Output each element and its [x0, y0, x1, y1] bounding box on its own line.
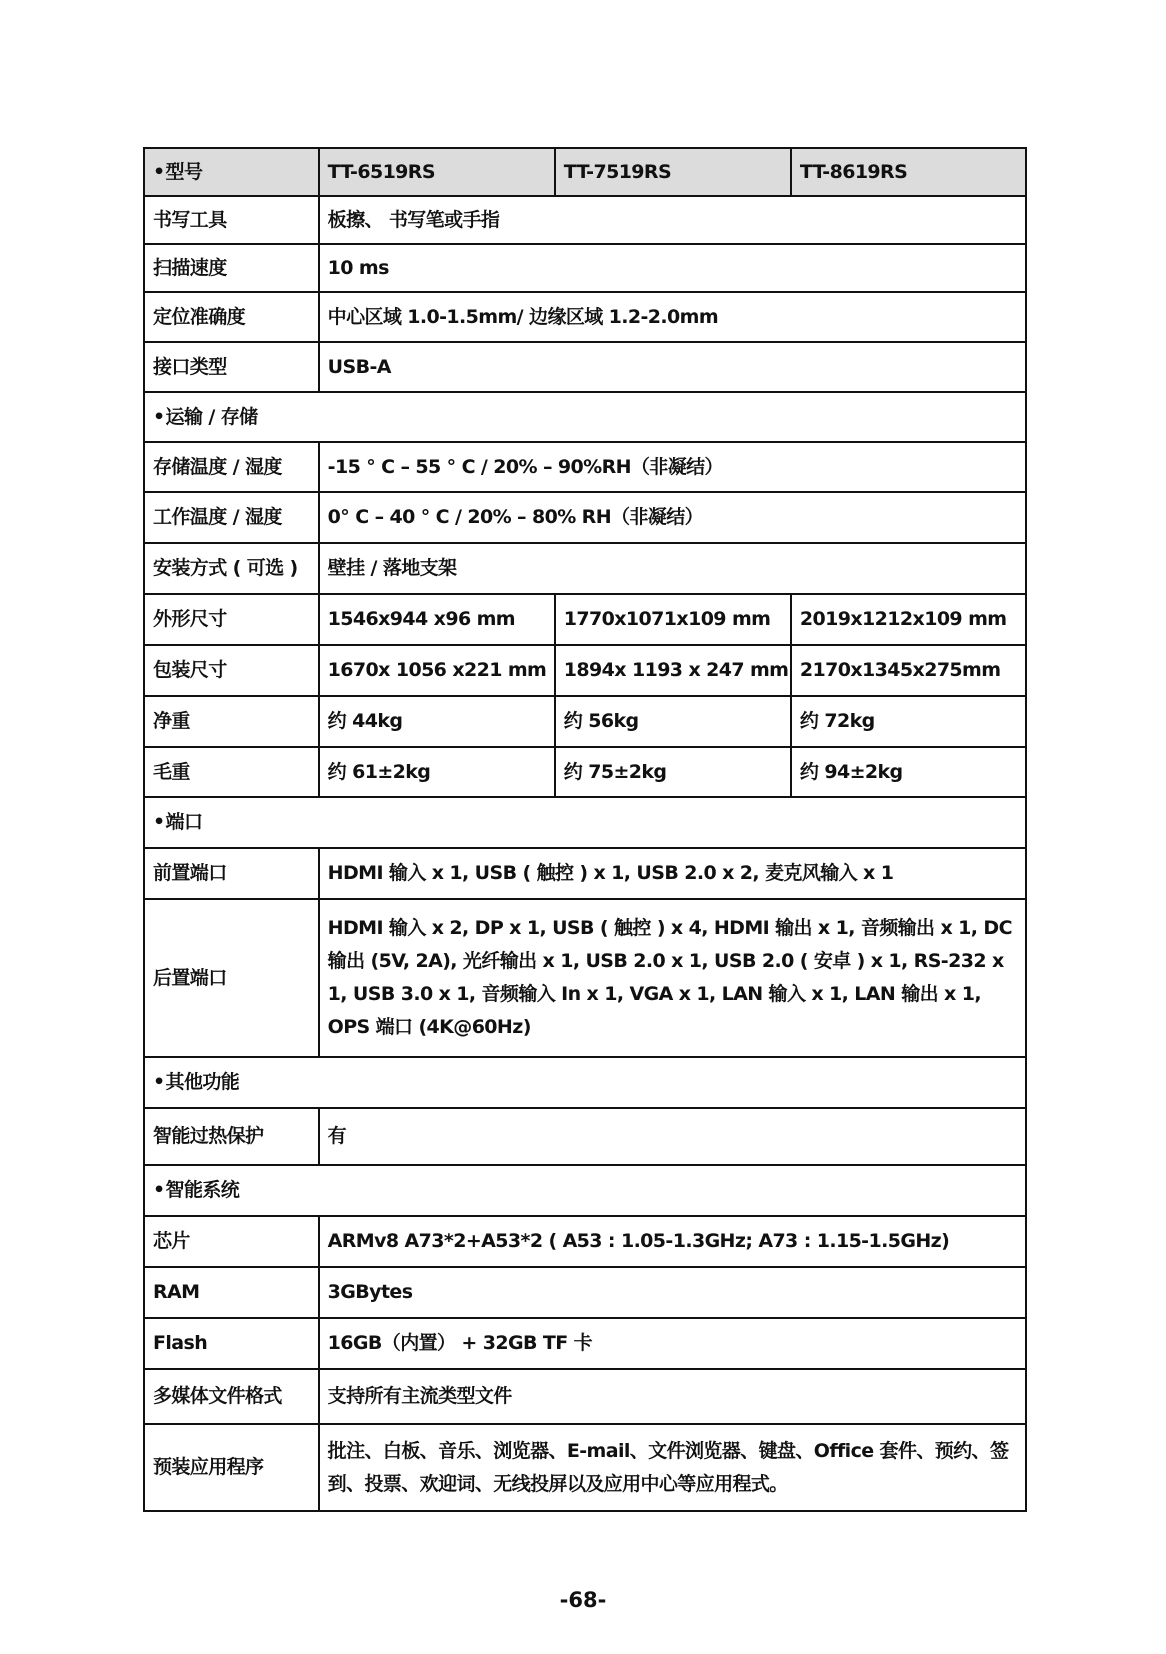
row-label: 净重: [144, 696, 319, 747]
table-row: 毛重 约 61±2kg 约 75±2kg 约 94±2kg: [144, 747, 1026, 797]
model-name: TT-6519RS: [319, 148, 555, 196]
table-row: 后置端口 HDMI 输入 x 2, DP x 1, USB ( 触控 ) x 4…: [144, 899, 1026, 1057]
row-value: 2019x1212x109 mm: [791, 594, 1026, 645]
row-label: 外形尺寸: [144, 594, 319, 645]
row-value: USB-A: [319, 342, 1026, 392]
row-label: 前置端口: [144, 848, 319, 899]
section-header-other: 其他功能: [144, 1057, 1026, 1108]
row-label: 安装方式 ( 可选 ): [144, 543, 319, 594]
section-header-ports: 端口: [144, 797, 1026, 848]
table-row: 安装方式 ( 可选 ) 壁挂 / 落地支架: [144, 543, 1026, 594]
row-label: 扫描速度: [144, 244, 319, 292]
table-row: 工作温度 / 湿度 0° C – 40 ° C / 20% – 80% RH（非…: [144, 492, 1026, 543]
row-value: 中心区域 1.0-1.5mm/ 边缘区域 1.2-2.0mm: [319, 292, 1026, 342]
row-label: 工作温度 / 湿度: [144, 492, 319, 543]
row-label: 后置端口: [144, 899, 319, 1057]
row-label: 智能过热保护: [144, 1108, 319, 1165]
row-label: 接口类型: [144, 342, 319, 392]
row-label: 定位准确度: [144, 292, 319, 342]
row-value: 1894x 1193 x 247 mm: [555, 645, 791, 696]
model-name: TT-7519RS: [555, 148, 791, 196]
section-header-transport: 运输 / 存储: [144, 392, 1026, 442]
table-row: 定位准确度 中心区域 1.0-1.5mm/ 边缘区域 1.2-2.0mm: [144, 292, 1026, 342]
row-value: 板擦、 书写笔或手指: [319, 196, 1026, 244]
table-row: 扫描速度 10 ms: [144, 244, 1026, 292]
table-row: 存储温度 / 湿度 -15 ° C – 55 ° C / 20% – 90%RH…: [144, 442, 1026, 492]
row-label: 芯片: [144, 1216, 319, 1267]
row-label: 包装尺寸: [144, 645, 319, 696]
row-value: 批注、白板、音乐、浏览器、E-mail、文件浏览器、键盘、Office 套件、预…: [319, 1424, 1026, 1511]
section-header-system: 智能系统: [144, 1165, 1026, 1216]
model-header-row: 型号 TT-6519RS TT-7519RS TT-8619RS: [144, 148, 1026, 196]
table-row: 接口类型 USB-A: [144, 342, 1026, 392]
row-value: 壁挂 / 落地支架: [319, 543, 1026, 594]
table-row: 预装应用程序 批注、白板、音乐、浏览器、E-mail、文件浏览器、键盘、Offi…: [144, 1424, 1026, 1511]
spec-table: 型号 TT-6519RS TT-7519RS TT-8619RS 书写工具 板擦…: [143, 147, 1027, 1512]
row-value: 1670x 1056 x221 mm: [319, 645, 555, 696]
row-value: ARMv8 A73*2+A53*2 ( A53 : 1.05-1.3GHz; A…: [319, 1216, 1026, 1267]
table-row: 智能过热保护 有: [144, 1108, 1026, 1165]
row-value: 约 94±2kg: [791, 747, 1026, 797]
table-row: 净重 约 44kg 约 56kg 约 72kg: [144, 696, 1026, 747]
row-value: HDMI 输入 x 1, USB ( 触控 ) x 1, USB 2.0 x 2…: [319, 848, 1026, 899]
table-row: 书写工具 板擦、 书写笔或手指: [144, 196, 1026, 244]
row-value: -15 ° C – 55 ° C / 20% – 90%RH（非凝结）: [319, 442, 1026, 492]
page-number: -68-: [0, 1588, 1166, 1612]
row-label: 预装应用程序: [144, 1424, 319, 1511]
row-label: 毛重: [144, 747, 319, 797]
row-value: 1546x944 x96 mm: [319, 594, 555, 645]
row-value: 约 72kg: [791, 696, 1026, 747]
row-value: HDMI 输入 x 2, DP x 1, USB ( 触控 ) x 4, HDM…: [319, 899, 1026, 1057]
row-value: 约 61±2kg: [319, 747, 555, 797]
row-value: 约 56kg: [555, 696, 791, 747]
row-value: 有: [319, 1108, 1026, 1165]
row-value: 3GBytes: [319, 1267, 1026, 1318]
row-value: 0° C – 40 ° C / 20% – 80% RH（非凝结）: [319, 492, 1026, 543]
table-row: 外形尺寸 1546x944 x96 mm 1770x1071x109 mm 20…: [144, 594, 1026, 645]
section-title: 其他功能: [144, 1057, 1026, 1108]
section-title: 端口: [144, 797, 1026, 848]
table-row: RAM 3GBytes: [144, 1267, 1026, 1318]
row-value: 1770x1071x109 mm: [555, 594, 791, 645]
table-row: 芯片 ARMv8 A73*2+A53*2 ( A53 : 1.05-1.3GHz…: [144, 1216, 1026, 1267]
model-header-label: 型号: [144, 148, 319, 196]
section-title: 智能系统: [144, 1165, 1026, 1216]
row-value: 约 75±2kg: [555, 747, 791, 797]
row-value: 2170x1345x275mm: [791, 645, 1026, 696]
row-value: 16GB（内置） + 32GB TF 卡: [319, 1318, 1026, 1369]
row-label: 书写工具: [144, 196, 319, 244]
row-value: 约 44kg: [319, 696, 555, 747]
row-label: Flash: [144, 1318, 319, 1369]
table-row: 多媒体文件格式 支持所有主流类型文件: [144, 1369, 1026, 1424]
row-label: RAM: [144, 1267, 319, 1318]
table-row: 包装尺寸 1670x 1056 x221 mm 1894x 1193 x 247…: [144, 645, 1026, 696]
row-value: 支持所有主流类型文件: [319, 1369, 1026, 1424]
table-row: Flash 16GB（内置） + 32GB TF 卡: [144, 1318, 1026, 1369]
model-name: TT-8619RS: [791, 148, 1026, 196]
table-row: 前置端口 HDMI 输入 x 1, USB ( 触控 ) x 1, USB 2.…: [144, 848, 1026, 899]
row-label: 多媒体文件格式: [144, 1369, 319, 1424]
section-title: 运输 / 存储: [144, 392, 1026, 442]
row-value: 10 ms: [319, 244, 1026, 292]
row-label: 存储温度 / 湿度: [144, 442, 319, 492]
